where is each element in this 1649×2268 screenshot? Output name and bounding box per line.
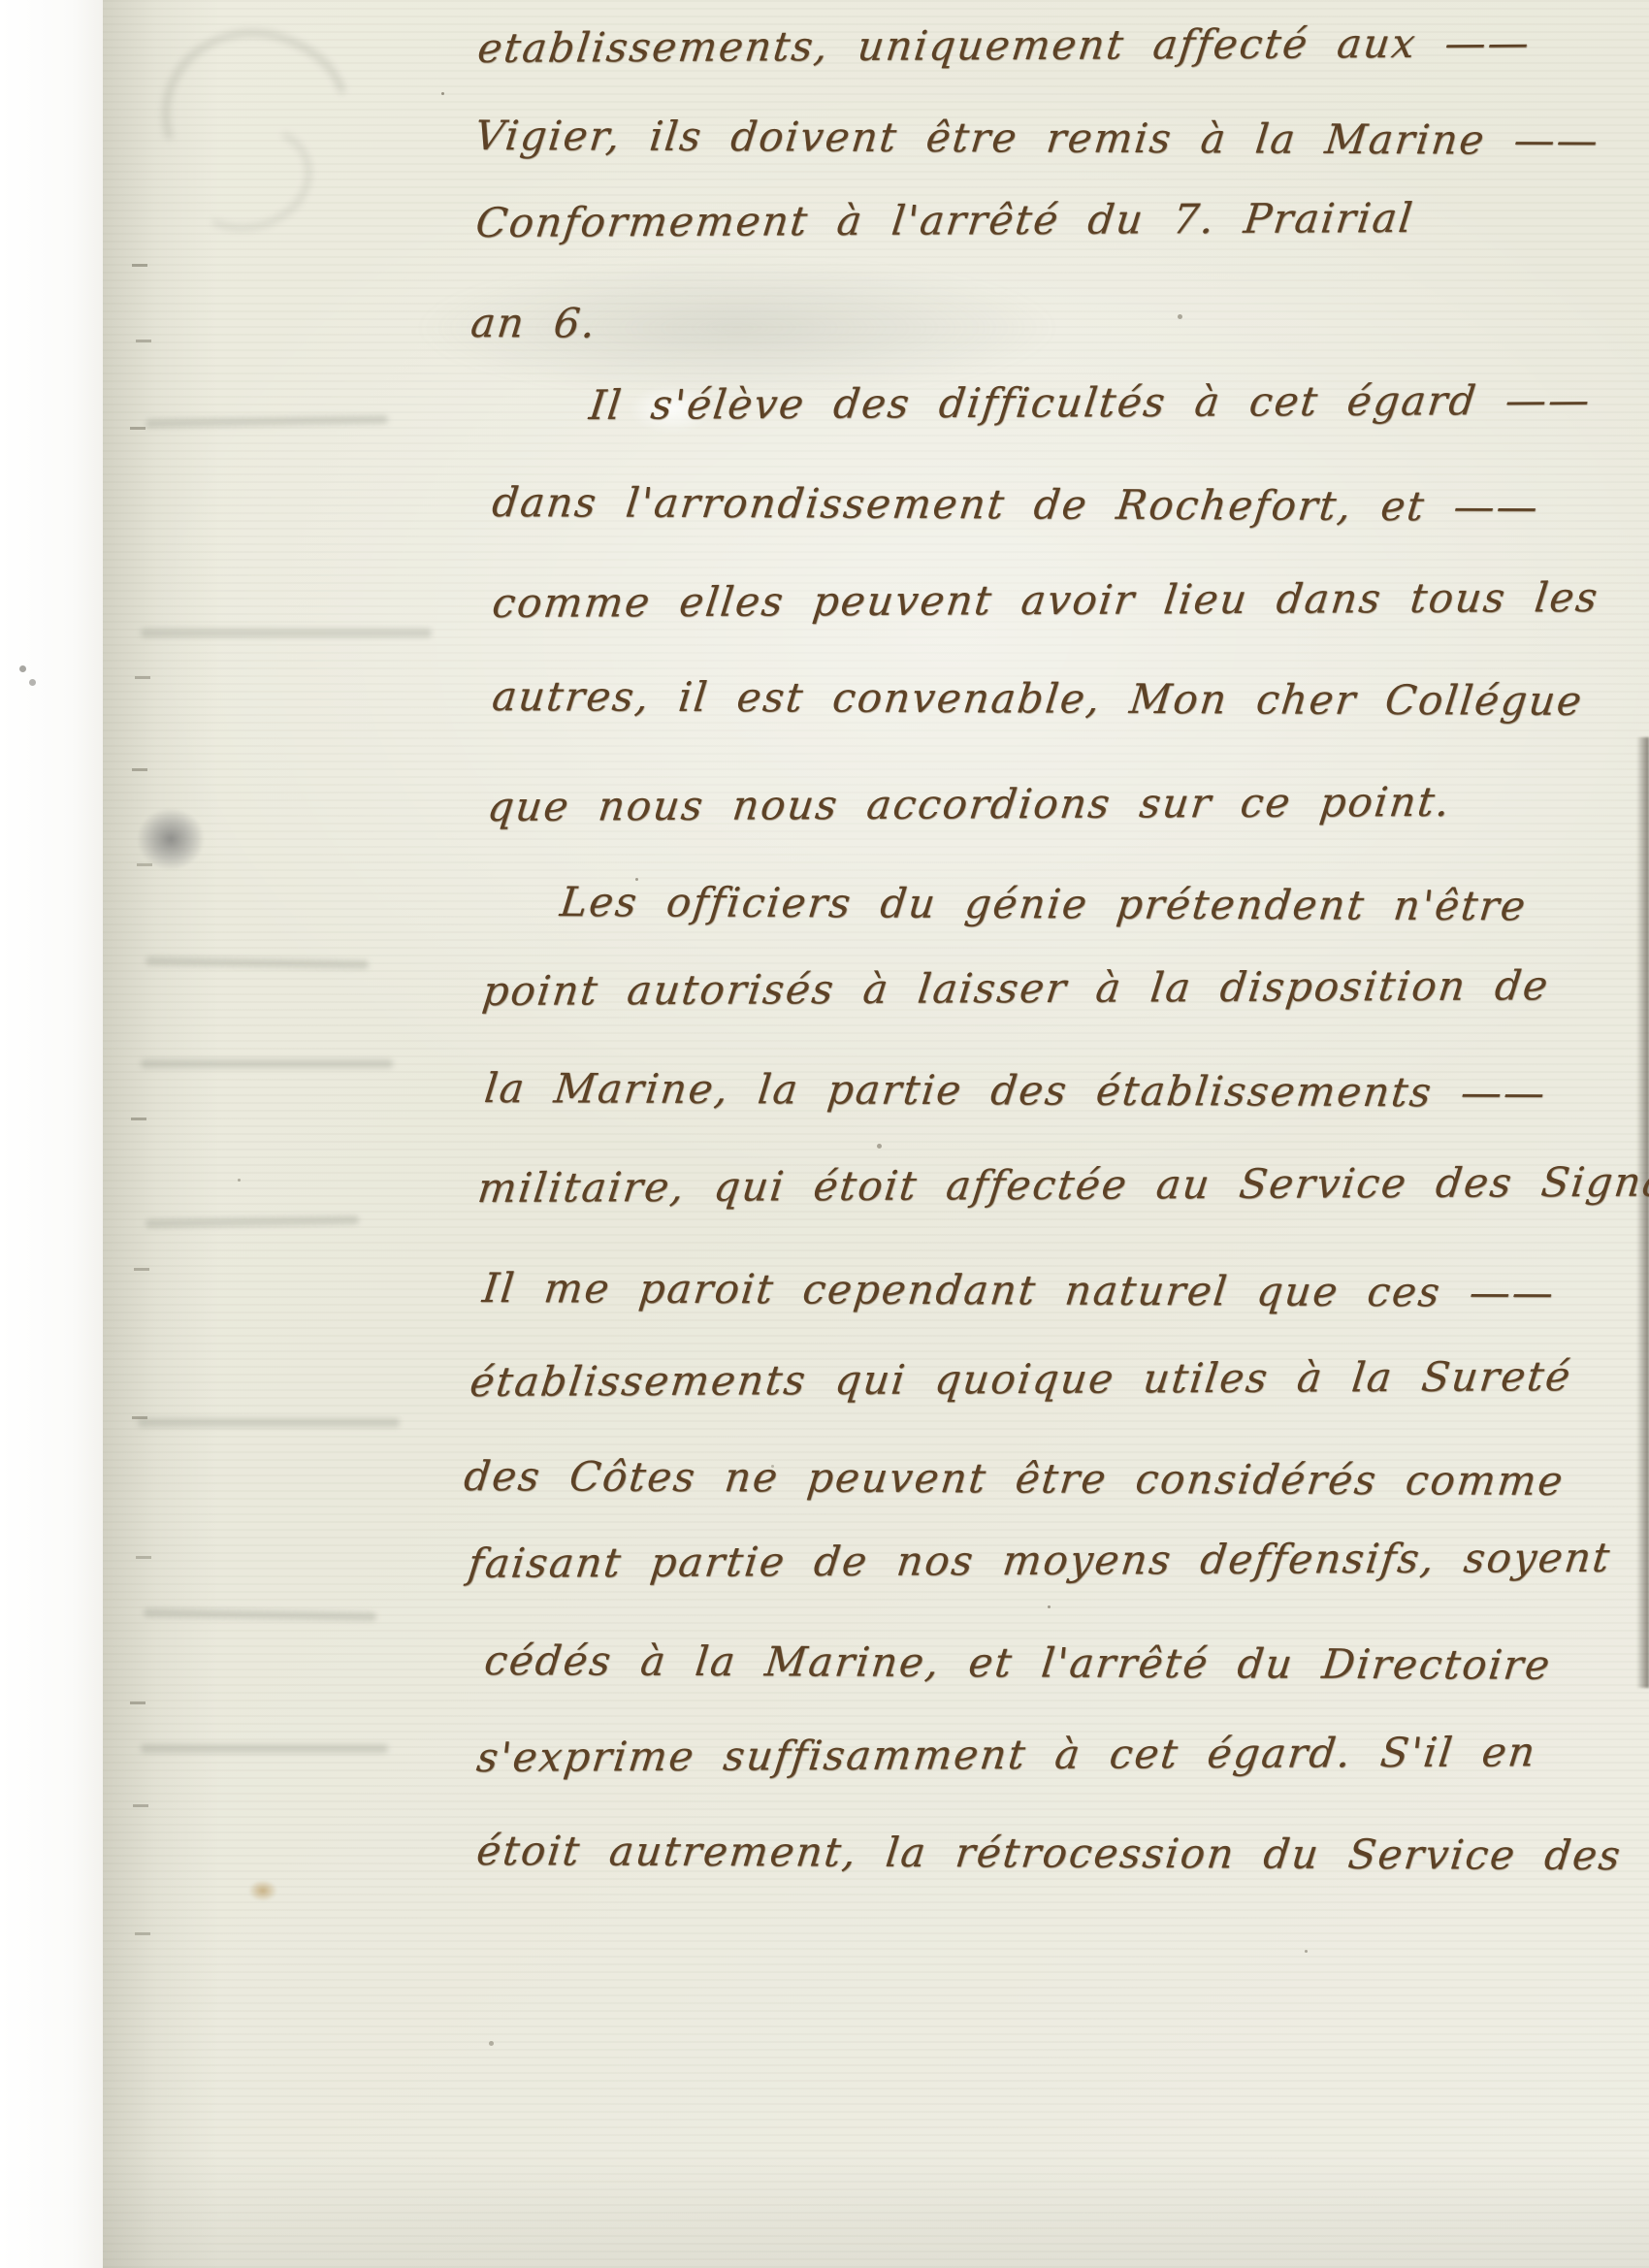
manuscript-line: militaire, qui étoit affectée au Service… — [475, 1157, 1649, 1212]
manuscript-line: Les officiers du génie prétendent n'être — [558, 878, 1530, 929]
manuscript-line: Il s'élève des difficultés à cet égard —… — [587, 376, 1594, 429]
manuscript-line: des Côtes ne peuvent être considérés com… — [462, 1452, 1567, 1505]
manuscript-line: établissements qui quoique utiles à la S… — [468, 1352, 1574, 1406]
manuscript-line: que nous nous accordions sur ce point. — [485, 778, 1454, 830]
manuscript-line: faisant partie de nos moyens deffensifs,… — [466, 1534, 1614, 1587]
manuscript-line: la Marine, la partie des établissements … — [482, 1064, 1549, 1117]
manuscript-line: etablissements, uniquement affecté aux —… — [475, 18, 1534, 72]
manuscript-line: comme elles peuvent avoir lieu dans tous… — [490, 573, 1601, 627]
manuscript-line: Il me paroit cependant naturel que ces —… — [480, 1264, 1558, 1316]
manuscript-line: autres, il est convenable, Mon cher Coll… — [490, 672, 1586, 725]
manuscript-line: dans l'arrondissement de Rochefort, et —… — [490, 478, 1541, 531]
manuscript-line: cédés à la Marine, et l'arrêté du Direct… — [482, 1636, 1554, 1689]
document-page: etablissements, uniquement affecté aux —… — [0, 0, 1649, 2268]
manuscript-line: étoit autrement, la rétrocession du Serv… — [474, 1827, 1624, 1879]
manuscript-line: Vigier, ils doivent être remis à la Mari… — [472, 112, 1602, 164]
manuscript-line: Conformement à l'arrêté du 7. Prairial — [473, 194, 1416, 246]
manuscript-line: an 6. — [469, 299, 599, 347]
manuscript-line: s'exprime suffisamment à cet égard. S'il… — [474, 1728, 1539, 1781]
manuscript-line: point autorisés à laisser à la dispositi… — [480, 961, 1552, 1015]
manuscript-text: etablissements, uniquement affecté aux —… — [0, 0, 1649, 2268]
